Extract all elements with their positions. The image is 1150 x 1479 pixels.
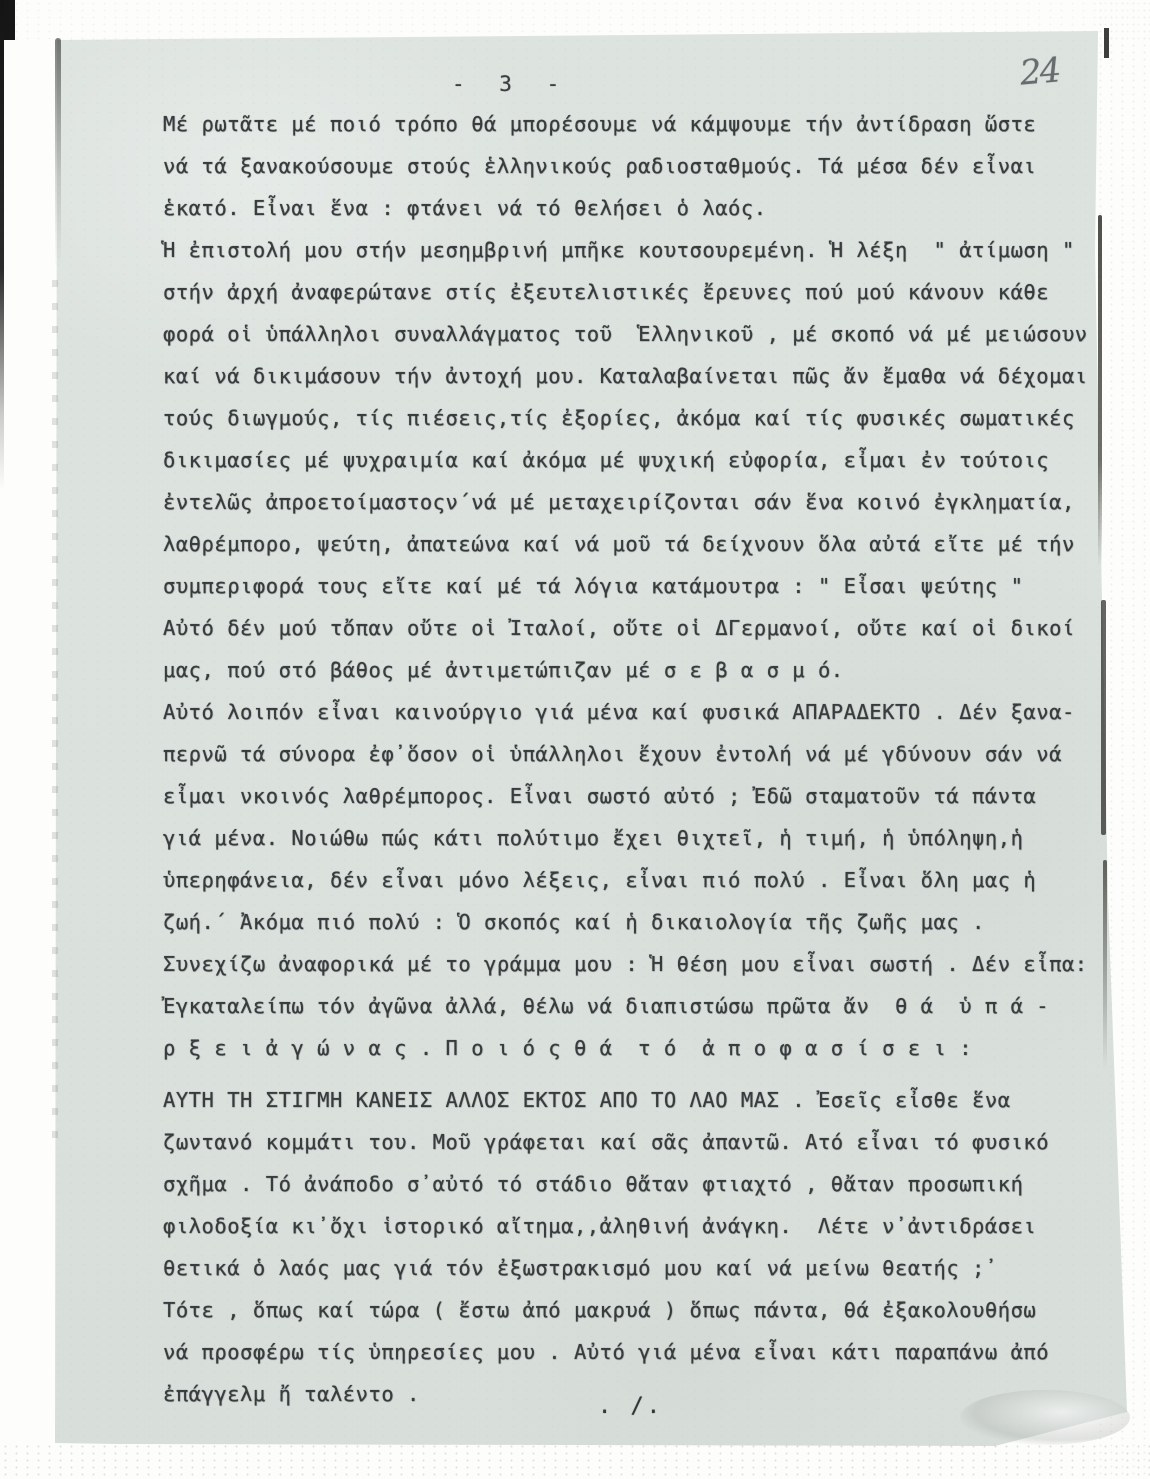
text-line: Μέ ρωτᾶτε μέ ποιό τρόπο θά μπορέσουμε νά… <box>163 112 1123 154</box>
text-line: ζωή.΄ Ἀκόμα πιό πολύ : Ὁ σκοπός καί ἡ δι… <box>163 910 1123 952</box>
text-line: γιά μένα. Νοιώθω πώς κάτι πολύτιμο ἔχει … <box>163 826 1123 868</box>
text-line: ρ ξ ε ι ἀ γ ώ ν α ς . Π ο ι ό ς θ ά τ ό … <box>163 1036 1123 1078</box>
text-line: περνῶ τά σύνορα ἐφ᾽ὅσον οἱ ὑπάλληλοι ἔχο… <box>163 742 1123 784</box>
page-number: - 3 - <box>452 72 570 96</box>
text-line: φορά οἱ ὑπάλληλοι συναλλάγματος τοῦ Ἑλλη… <box>163 322 1123 364</box>
text-line: Ἡ ἐπιστολή μου στήν μεσημβρινή μπῆκε κου… <box>163 238 1123 280</box>
text-line: τούς διωγμούς, τίς πιέσεις,τίς ἐξορίες, … <box>163 406 1123 448</box>
text-line: ὑπερηφάνεια, δέν εἶναι μόνο λέξεις, εἶνα… <box>163 868 1123 910</box>
text-line: σχῆμα . Τό ἀνάποδο σ᾽αὐτό τό στάδιο θἄτα… <box>163 1172 1123 1214</box>
text-line: Αὐτό δέν μού τὄπαν οὔτε οἱ Ἰταλοί, οὔτε … <box>163 616 1123 658</box>
text-line: εἶμαι νκοινός λαθρέμπορος. Εἶναι σωστό α… <box>163 784 1123 826</box>
text-line: συμπεριφορά τους εἴτε καί μέ τά λόγια κα… <box>163 574 1123 616</box>
text-line: ἐντελῶς ἀπροετοίμαστοςν΄νά μέ μεταχειρίζ… <box>163 490 1123 532</box>
text-line: Συνεχίζω ἀναφορικά μέ το γράμμα μου : Ἡ … <box>163 952 1123 994</box>
text-line: νά τά ξανακούσουμε στούς ἑλληνικούς ραδι… <box>163 154 1123 196</box>
text-line: ζωντανό κομμάτι του. Μοῦ γράφεται καί σᾶ… <box>163 1130 1123 1172</box>
text-line: ΑΥΤΗ ΤΗ ΣΤΙΓΜΗ ΚΑΝΕΙΣ ΑΛΛΟΣ ΕΚΤΟΣ ΑΠΟ ΤΟ… <box>163 1088 1123 1130</box>
scan-artifact-left-line <box>0 0 4 490</box>
text-line: ἑκατό. Εἶναι ἕνα : φτάνει νά τό θελήσει … <box>163 196 1123 238</box>
text-line: λαθρέμπορο, ψεύτη, ἀπατεώνα καί νά μοῦ τ… <box>163 532 1123 574</box>
text-line: θετικά ὁ λαός μας γιά τόν ἐξωστρακισμό μ… <box>163 1256 1123 1298</box>
end-of-page-mark: . /. <box>598 1394 663 1419</box>
handwritten-corner-number: 24 <box>1018 50 1061 93</box>
text-line: νά προσφέρω τίς ὑπηρεσίες μου . Αὐτό γιά… <box>163 1340 1123 1382</box>
text-line: Αὐτό λοιπόν εἶναι καινούργιο γιά μένα κα… <box>163 700 1123 742</box>
typewritten-text-body: Μέ ρωτᾶτε μέ ποιό τρόπο θά μπορέσουμε νά… <box>163 112 1123 1424</box>
scan-artifact-corner-black <box>0 0 15 40</box>
text-line: στήν ἀρχή ἀναφερώτανε στίς ἐξευτελιστικέ… <box>163 280 1123 322</box>
text-line: καί νά δικιμάσουν τήν ἀντοχή μου. Καταλα… <box>163 364 1123 406</box>
text-line: Τότε , ὅπως καί τώρα ( ἔστω ἀπό μακρυά )… <box>163 1298 1123 1340</box>
text-line: φιλοδοξία κι᾽ὄχι ἱστορικό αἴτημα,,ἀληθιν… <box>163 1214 1123 1256</box>
text-line: δικιμασίες μέ ψυχραιμία καί ἀκόμα μέ ψυχ… <box>163 448 1123 490</box>
text-line: μας, πού στό βάθος μέ ἀντιμετώπιζαν μέ σ… <box>163 658 1123 700</box>
scanner-noise-bottom <box>0 1443 1150 1479</box>
scan-artifact-right-dash <box>1104 28 1109 58</box>
text-line: Ἐγκαταλείπω τόν ἀγῶνα ἀλλά, θέλω νά διαπ… <box>163 994 1123 1036</box>
